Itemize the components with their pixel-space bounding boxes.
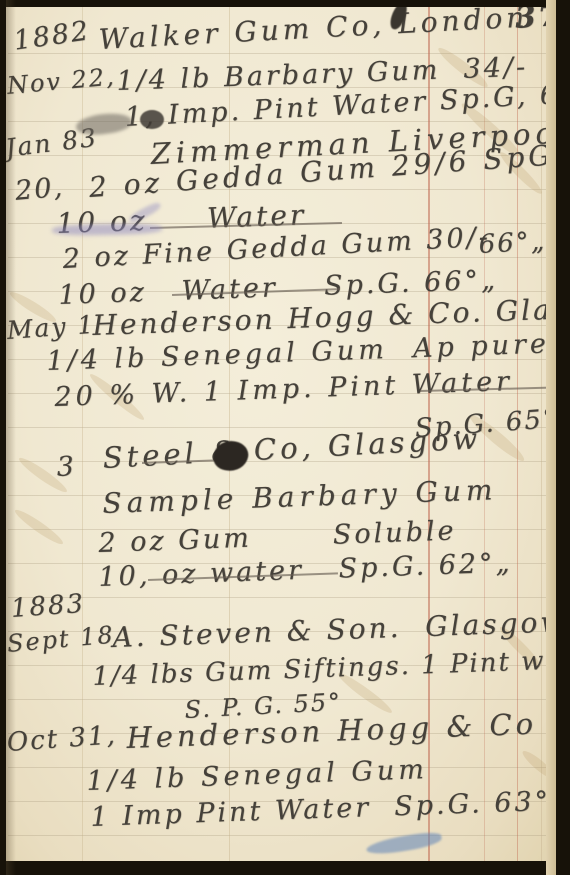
date-label: 1882 — [12, 17, 92, 54]
date-label: Nov 22, — [6, 65, 116, 98]
ledger-page: 37 1882 Walker Gum Co, London Nov 22, 1/… — [0, 0, 570, 875]
ledger-line: Steel & Co, Glasgow — [102, 424, 482, 473]
ledger-line: Walker Gum Co, London — [98, 3, 529, 53]
date-label: 20, — [14, 174, 65, 205]
page-edge-bottom — [0, 861, 570, 875]
ledger-line: A. Steven & Son. Glasgow — [112, 608, 568, 652]
bleed-through-mark — [12, 506, 65, 547]
date-label: May 1 — [6, 312, 96, 343]
page-edge-right — [556, 0, 570, 875]
ledger-line: Sample Barbary Gum — [102, 476, 498, 518]
blue-smudge — [365, 830, 442, 857]
date-label: Oct 31, — [6, 722, 117, 756]
ink-smudge — [75, 110, 133, 138]
date-label: 3 — [56, 453, 77, 481]
page-edge-top — [0, 0, 570, 7]
ledger-line: 1/4 lb Senegal Gum — [86, 756, 428, 795]
ledger-line: 1/4 lbs Gum Siftings. 1 Pint water — [92, 646, 570, 690]
binding-shadow — [6, 0, 16, 875]
date-label: 1883 — [10, 591, 86, 622]
date-label: Sept 18 — [6, 623, 116, 656]
ink-blot — [140, 110, 164, 129]
